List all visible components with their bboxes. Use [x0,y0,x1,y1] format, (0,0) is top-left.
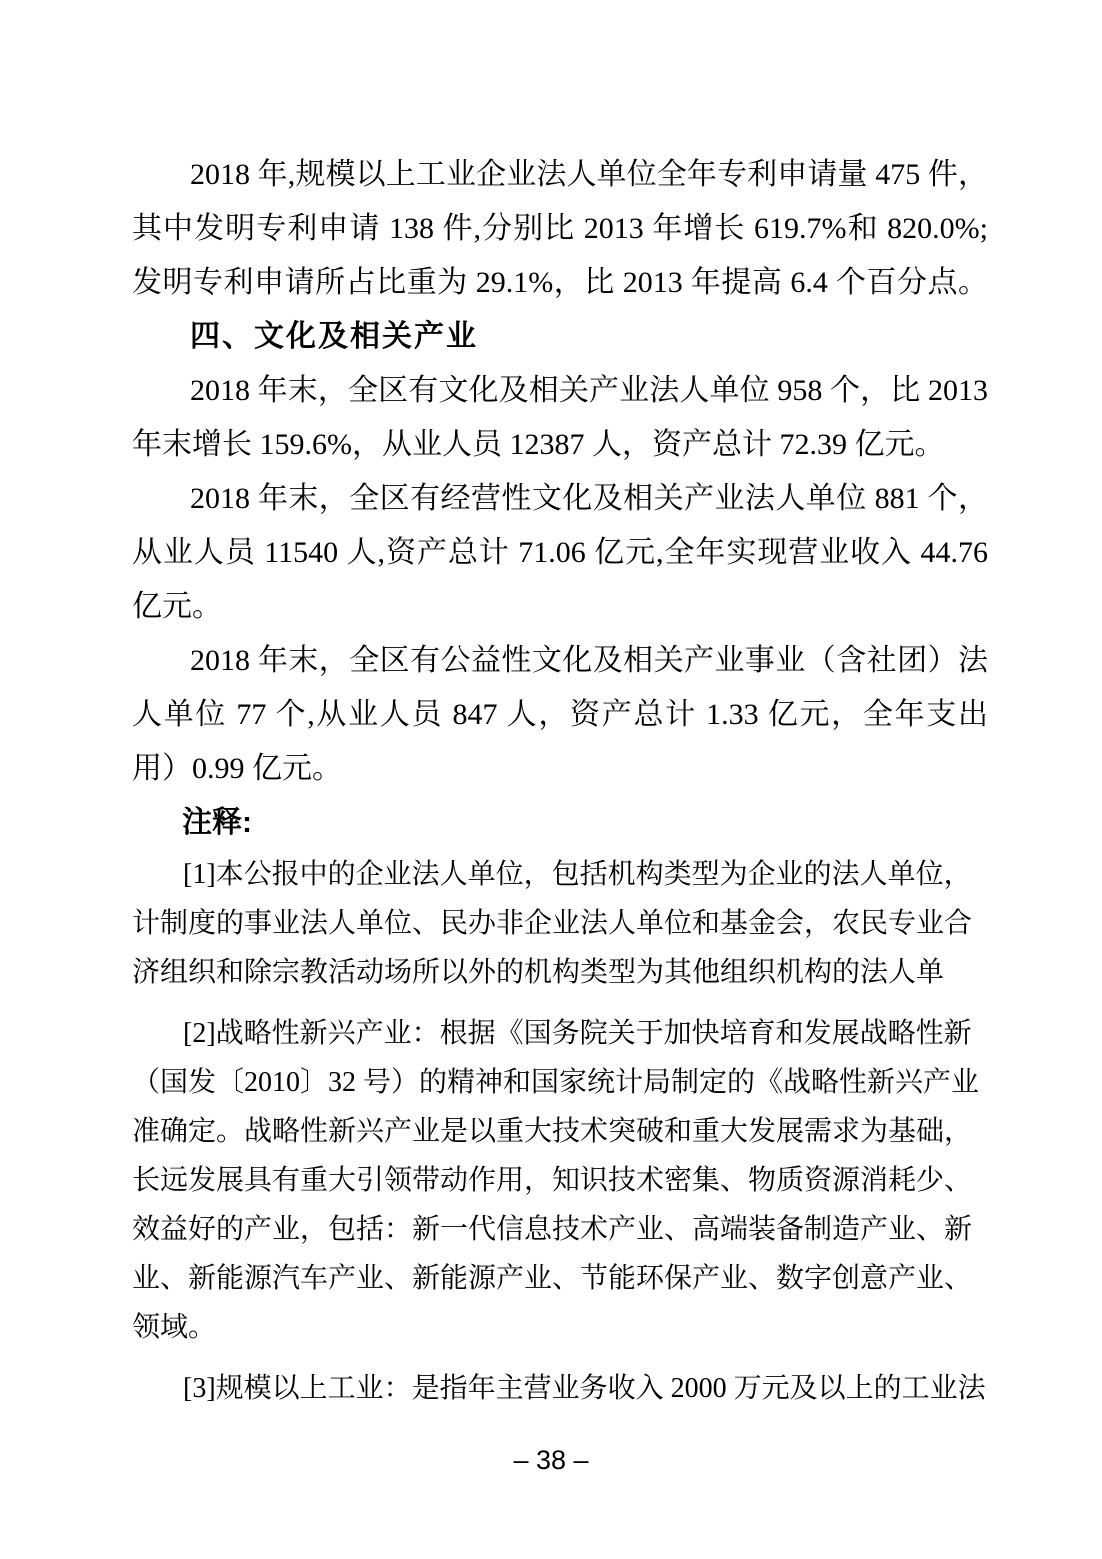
text-line: 亿元。 [132,580,988,634]
text-line: 2018 年末，全区有公益性文化及相关产业事业（含社团）法 [132,634,988,688]
notes-heading: 注释: [132,796,988,850]
paragraph-culture-total: 2018 年末，全区有文化及相关产业法人单位 958 个，比 2013 年末增长… [132,364,988,472]
text-line: 年末增长 159.6%，从业人员 12387 人，资产总计 72.39 亿元。 [132,418,988,472]
document-page: 2018 年,规模以上工业企业法人单位全年专利申请量 475 件， 其中发明专利… [0,0,1102,1559]
note-text-line: 长远发展具有重大引领带动作用，知识技术密集、物质资源消耗少、成长潜力大、综合 [132,1156,988,1205]
text-line: 从业人员 11540 人,资产总计 71.06 亿元,全年实现营业收入 44.7… [132,526,988,580]
note-text-line: [3]规模以上工业：是指年主营业务收入 2000 万元及以上的工业法人单位。 [132,1364,988,1413]
note-text-line: 准确定。战略性新兴产业是以重大技术突破和重大发展需求为基础，对经济社会全局和 [132,1107,988,1156]
note-text-line: 领域。 [132,1303,988,1352]
note-3: [3]规模以上工业：是指年主营业务收入 2000 万元及以上的工业法人单位。 [132,1364,988,1413]
page-number: – 38 – [0,1444,1102,1476]
text-line: 用）0.99 亿元。 [132,742,988,796]
note-text-line: [2]战略性新兴产业：根据《国务院关于加快培育和发展战略性新兴产业的决定》 [132,1009,988,1058]
paragraph-patents: 2018 年,规模以上工业企业法人单位全年专利申请量 475 件， 其中发明专利… [132,148,988,310]
section-heading-culture-industry: 四、文化及相关产业 [132,310,988,364]
text-line: 其中发明专利申请 138 件,分别比 2013 年增长 619.7%和 820.… [132,202,988,256]
note-text-line: 效益好的产业，包括：新一代信息技术产业、高端装备制造产业、新材料产业、生物产 [132,1205,988,1254]
note-text-line: [1]本公报中的企业法人单位，包括机构类型为企业的法人单位，以及执行企业会 [132,850,988,899]
note-text-line: 业、新能源汽车产业、新能源产业、节能环保产业、数字创意产业、相关服务业等 9 大 [132,1254,988,1303]
note-2: [2]战略性新兴产业：根据《国务院关于加快培育和发展战略性新兴产业的决定》 （国… [132,1009,988,1352]
note-text-line: 济组织和除宗教活动场所以外的机构类型为其他组织机构的法人单位。 [132,948,988,997]
text-line: 2018 年,规模以上工业企业法人单位全年专利申请量 475 件， [132,148,988,202]
text-line: 人单位 77 个,从业人员 847 人，资产总计 1.33 亿元，全年支出（费 [132,688,988,742]
note-text-line: （国发〔2010〕32 号）的精神和国家统计局制定的《战略性新兴产业分类（201… [132,1058,988,1107]
paragraph-culture-commercial: 2018 年末，全区有经营性文化及相关产业法人单位 881 个， 从业人员 11… [132,472,988,634]
note-1: [1]本公报中的企业法人单位，包括机构类型为企业的法人单位，以及执行企业会 计制… [132,850,988,997]
text-line: 发明专利申请所占比重为 29.1%，比 2013 年提高 6.4 个百分点。 [132,256,988,310]
bulletin-content: 2018 年,规模以上工业企业法人单位全年专利申请量 475 件， 其中发明专利… [132,148,988,1413]
text-line: 2018 年末，全区有经营性文化及相关产业法人单位 881 个， [132,472,988,526]
paragraph-culture-public: 2018 年末，全区有公益性文化及相关产业事业（含社团）法 人单位 77 个,从… [132,634,988,796]
note-text-line: 计制度的事业法人单位、民办非企业法人单位和基金会，农民专业合作社，农村集体经 [132,899,988,948]
text-line: 2018 年末，全区有文化及相关产业法人单位 958 个，比 2013 [132,364,988,418]
